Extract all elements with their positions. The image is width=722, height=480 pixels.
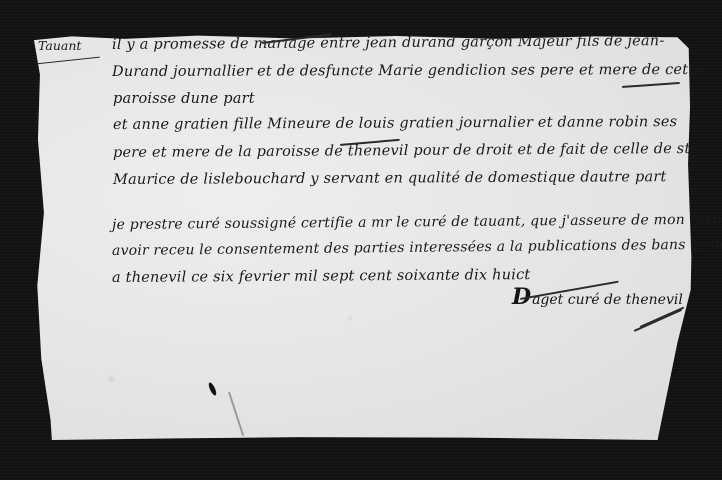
signature-text: aget curé de thenevil	[532, 292, 683, 308]
signature: Daget curé de thenevil	[512, 284, 683, 310]
text-line-6: Maurice de lislebouchard y servant en qu…	[113, 169, 667, 188]
text-line-9: a thenevil ce six fevrier mil sept cent …	[112, 267, 531, 286]
text-line-3: paroisse dune part	[113, 91, 255, 107]
text-line-2: Durand journallier et de desfuncte Marie…	[112, 62, 703, 80]
text-line-4: et anne gratien fille Mineure de louis g…	[113, 114, 677, 133]
margin-note: Tauant	[38, 38, 81, 53]
